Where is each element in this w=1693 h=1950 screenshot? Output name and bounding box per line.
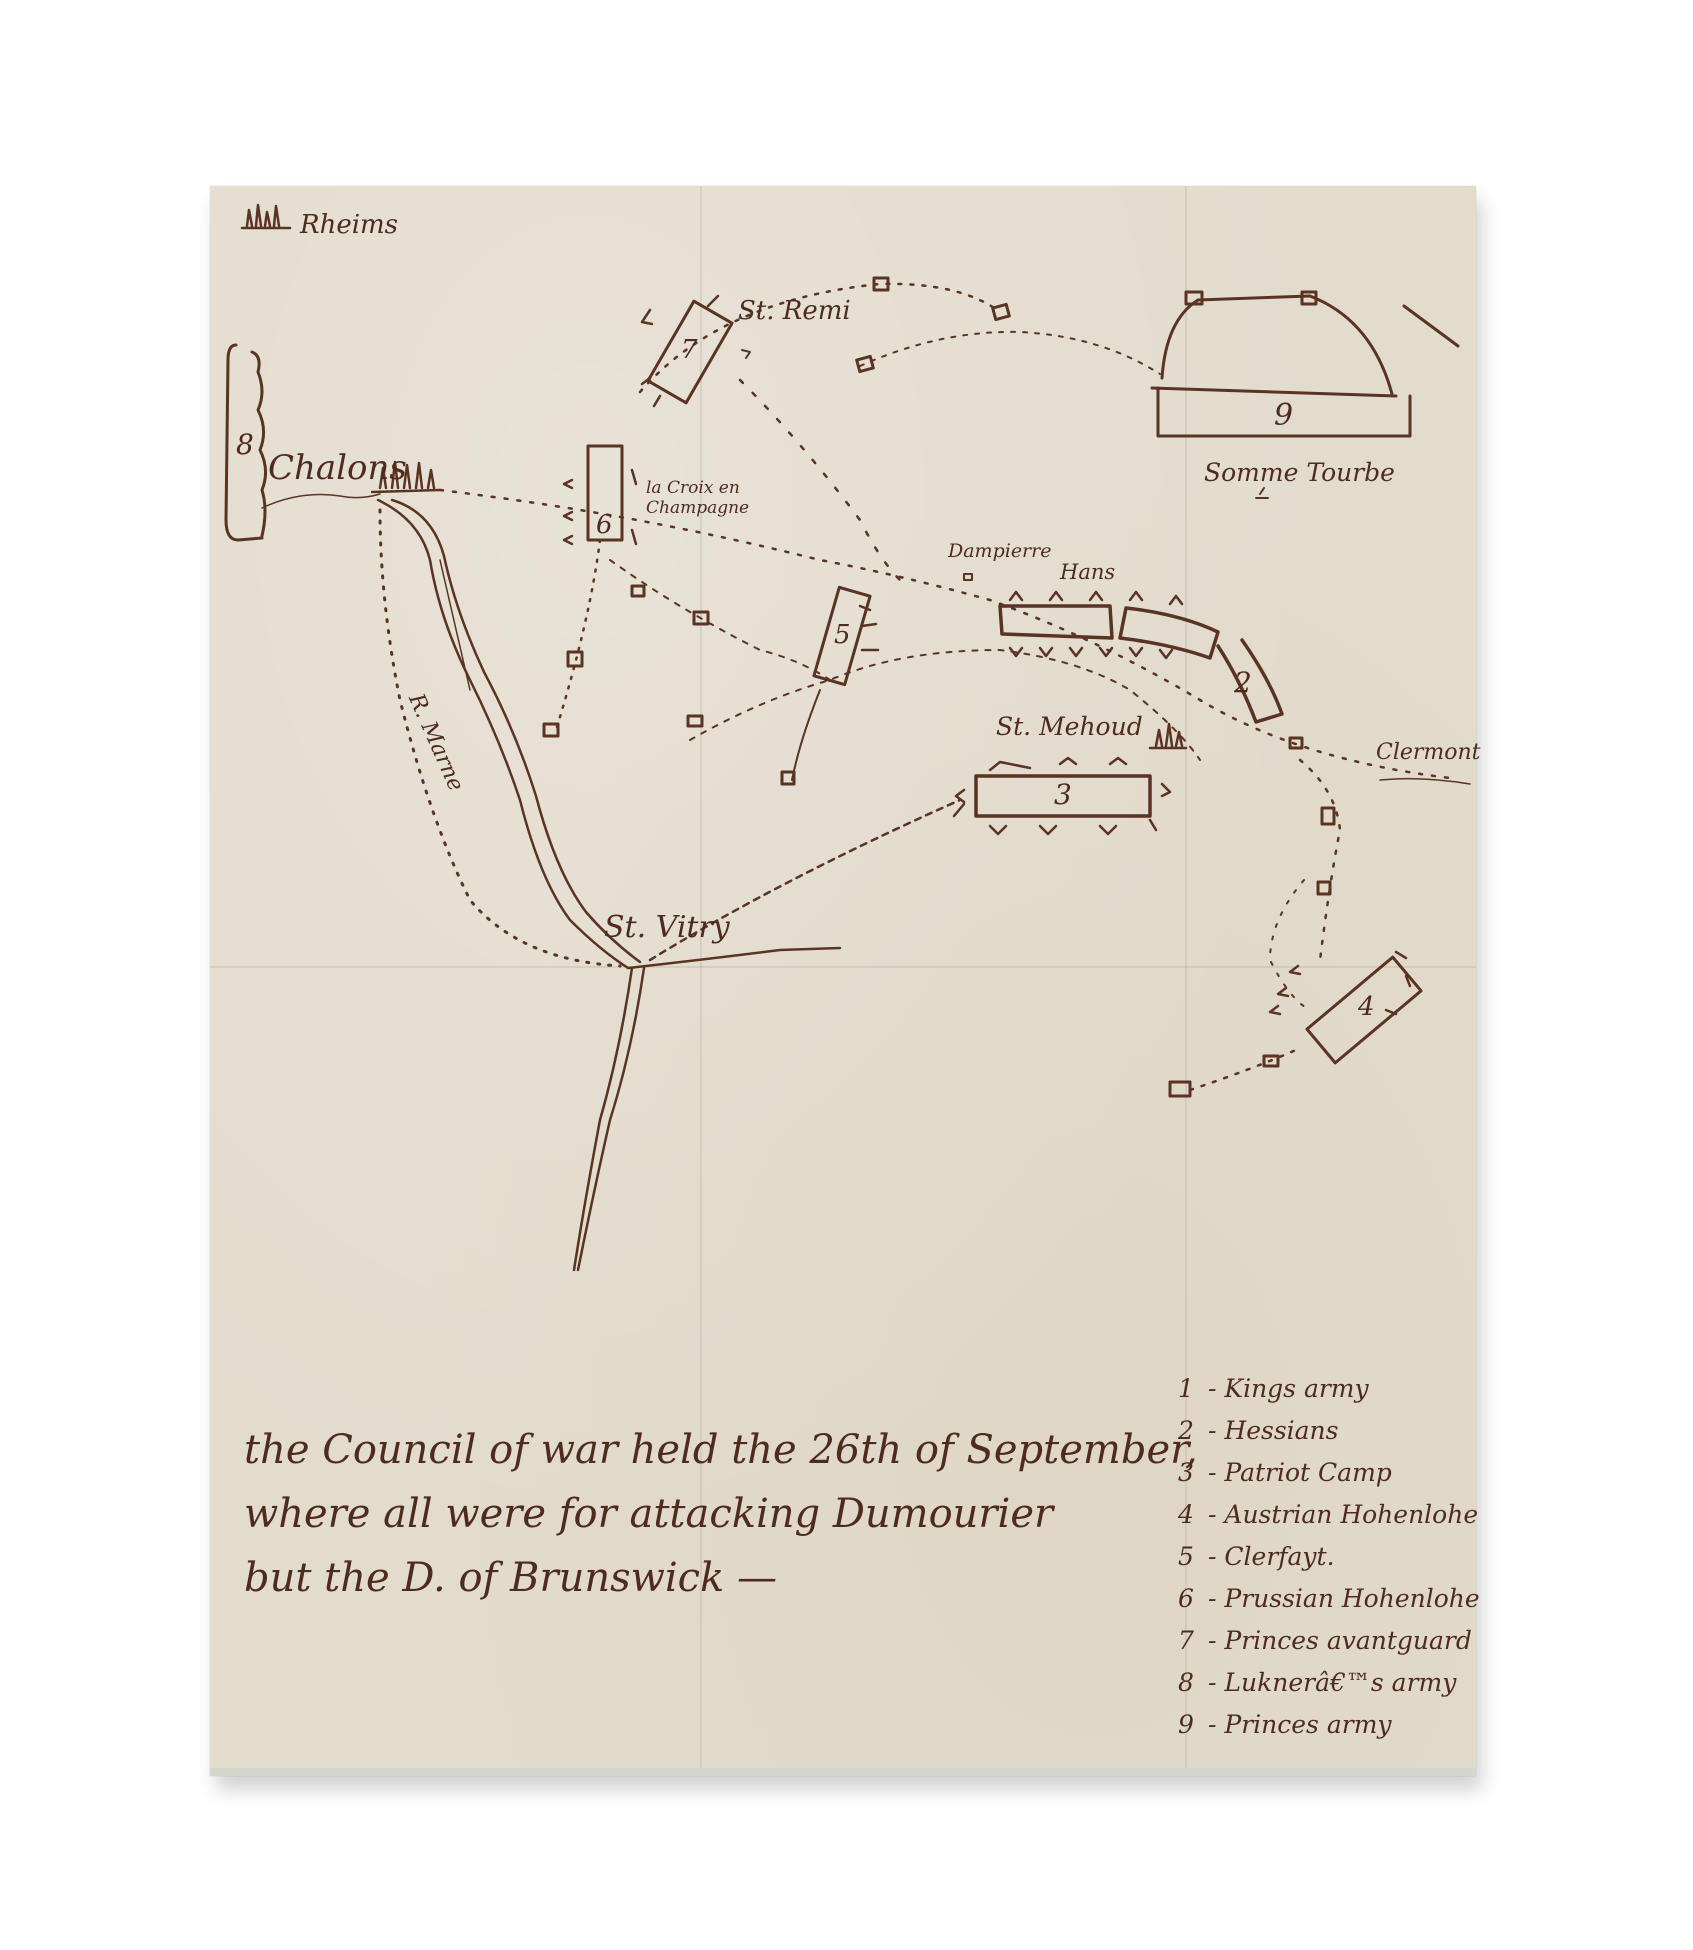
label-somme-tourbe: Somme Tourbe: [1204, 458, 1395, 487]
camp-5-number: 5: [834, 620, 851, 650]
legend-item: 8- Luknerâ€™s army: [1178, 1662, 1480, 1704]
legend-item: 2- Hessians: [1178, 1410, 1480, 1452]
camp-3-number: 3: [1054, 778, 1072, 811]
label-dampierre: Dampierre: [948, 540, 1051, 562]
legend-item: 5- Clerfayt.: [1178, 1536, 1480, 1578]
route-4-west: [1270, 880, 1310, 1010]
river-marne: [378, 500, 840, 1270]
camp-8-number: 8: [236, 428, 254, 461]
route-4-south: [1190, 1050, 1296, 1090]
route-north-2: [860, 332, 1160, 374]
road-chalons-vitry: [380, 510, 620, 966]
road-chalons-west: [262, 494, 380, 508]
label-st-vitry: St. Vitry: [604, 910, 730, 945]
camp-2-number: 2: [1234, 666, 1252, 699]
dampierre-marker: [964, 574, 972, 580]
route-5-east: [690, 650, 1200, 760]
legend-item: 3- Patriot Camp: [1178, 1452, 1480, 1494]
label-hans: Hans: [1060, 560, 1115, 584]
camp-4-number: 4: [1358, 992, 1375, 1022]
legend-item: 6- Prussian Hohenlohe: [1178, 1578, 1480, 1620]
legend: 1- Kings army 2- Hessians 3- Patriot Cam…: [1178, 1368, 1480, 1746]
council-note: the Council of war held the 26th of Sept…: [244, 1418, 1198, 1610]
label-clermont: Clermont: [1376, 740, 1481, 765]
route-clermont-4: [1300, 760, 1340, 960]
council-note-line-1: the Council of war held the 26th of Sept…: [244, 1418, 1198, 1482]
road-chalons-clermont: [440, 490, 1450, 778]
route-6-5: [610, 560, 830, 680]
st-remi-marker: [742, 350, 750, 358]
route-5-sw: [792, 690, 820, 780]
label-rheims: Rheims: [300, 210, 398, 240]
camp-9-number: 9: [1274, 398, 1293, 433]
town-icon-st-menehould: [1150, 724, 1186, 748]
town-icon-rheims: [242, 205, 290, 228]
label-st-menehould: St. Mehoud: [996, 712, 1143, 741]
label-chalons: Chalons: [268, 448, 407, 488]
legend-item: 1- Kings army: [1178, 1368, 1480, 1410]
legend-item: 9- Princes army: [1178, 1704, 1480, 1746]
camp-6-number: 6: [596, 510, 613, 540]
camp-9-outline: [1152, 296, 1458, 436]
council-note-line-3: but the D. of Brunswick —: [244, 1546, 1198, 1610]
legend-item: 4- Austrian Hohenlohe: [1178, 1494, 1480, 1536]
legend-item: 7- Princes avantguard: [1178, 1620, 1480, 1662]
label-st-remi: St. Remi: [738, 296, 851, 326]
council-note-line-2: where all were for attacking Dumourier: [244, 1482, 1198, 1546]
road-clermont-east: [1380, 779, 1470, 784]
camp-7-number: 7: [681, 335, 698, 365]
somme-tourbe-marker: [1256, 488, 1268, 498]
label-la-croix: la Croix en Champagne: [646, 478, 806, 518]
route-6-south: [556, 540, 600, 730]
outpost-markers: [544, 278, 1334, 1096]
